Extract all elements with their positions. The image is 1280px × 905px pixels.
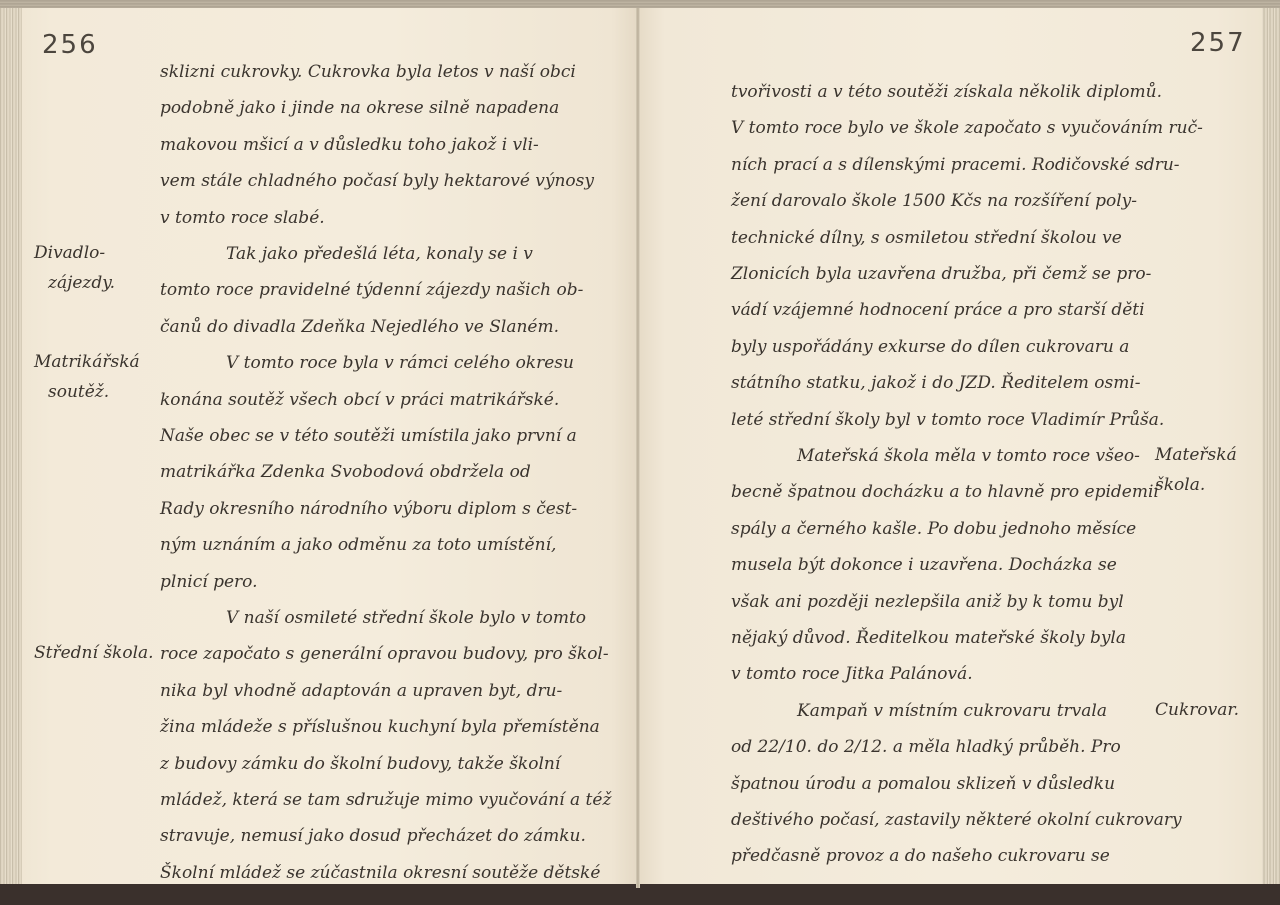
handwritten-line: tomto roce pravidelné týdenní zájezdy na… (160, 280, 583, 300)
handwritten-line: z budovy zámku do školní budovy, takže š… (160, 754, 560, 774)
page-stack-left-edge (0, 4, 22, 884)
margin-note: Divadlo-zájezdy. (34, 238, 115, 298)
handwritten-line: nějaký důvod. Ředitelkou mateřské školy … (731, 628, 1126, 648)
handwritten-line: předčasně provoz a do našeho cukrovaru s… (731, 846, 1110, 866)
handwritten-line: čanů do divadla Zdeňka Nejedlého ve Slan… (160, 317, 559, 337)
handwritten-line: Mateřská škola měla v tomto roce všeo- (797, 446, 1140, 466)
margin-note: Střední škola. (34, 638, 154, 668)
handwritten-line: tvořivosti a v této soutěži získala něko… (731, 82, 1162, 102)
handwritten-line: vem stále chladného počasí byly hektarov… (160, 171, 594, 191)
handwritten-line: žina mládeže s příslušnou kuchyní byla p… (160, 717, 600, 737)
margin-note: Matrikářskásoutěž. (34, 347, 140, 407)
open-book: 256 sklizni cukrovky. Cukrovka byla leto… (0, 0, 1280, 895)
handwritten-line: spály a černého kašle. Po dobu jednoho m… (731, 519, 1136, 539)
handwritten-line: ným uznáním a jako odměnu za toto umístě… (160, 535, 556, 555)
page-left: 256 sklizni cukrovky. Cukrovka byla leto… (0, 4, 637, 884)
handwritten-line: však ani později nezlepšila aniž by k to… (731, 592, 1124, 612)
book-top-edge (0, 0, 1280, 8)
handwritten-line: žení darovalo škole 1500 Kčs na rozšířen… (731, 191, 1137, 211)
handwritten-line: konána soutěž všech obcí v práci matriká… (160, 390, 559, 410)
page-stack-right-edge (1262, 4, 1280, 884)
margin-note: Cukrovar. (1155, 695, 1239, 725)
handwritten-line: státního statku, jakož i do JZD. Ředitel… (731, 373, 1141, 393)
handwritten-line: V naší osmileté střední škole bylo v tom… (226, 608, 586, 628)
handwritten-line: špatnou úrodu a pomalou sklizeň v důsled… (731, 774, 1115, 794)
handwritten-line: mládež, která se tam sdružuje mimo vyučo… (160, 790, 611, 810)
handwritten-line: byly uspořádány exkurse do dílen cukrova… (731, 337, 1129, 357)
handwritten-line: od 22/10. do 2/12. a měla hladký průběh.… (731, 737, 1121, 757)
handwritten-line: plnicí pero. (160, 572, 257, 592)
handwritten-line: roce započato s generální opravou budovy… (160, 644, 609, 664)
handwritten-line: Zlonicích byla uzavřena družba, při čemž… (731, 264, 1151, 284)
handwritten-line: V tomto roce byla v rámci celého okresu (226, 353, 574, 373)
handwritten-line: technické dílny, s osmiletou střední ško… (731, 228, 1122, 248)
page-number-right: 257 (1190, 28, 1246, 58)
book-gutter (636, 0, 640, 888)
handwritten-line: sklizni cukrovky. Cukrovka byla letos v … (160, 62, 576, 82)
page-right: 257 tvořivosti a v této soutěži získala … (639, 4, 1280, 884)
handwritten-line: Rady okresního národního výboru diplom s… (160, 499, 577, 519)
handwritten-line: Naše obec se v této soutěži umístila jak… (160, 426, 577, 446)
handwritten-line: vádí vzájemné hodnocení práce a pro star… (731, 300, 1145, 320)
handwritten-line: leté střední školy byl v tomto roce Vlad… (731, 410, 1164, 430)
background-surface (0, 884, 1280, 905)
handwritten-line: becně špatnou docházku a to hlavně pro e… (731, 482, 1159, 502)
handwritten-line: v tomto roce Jitka Palánová. (731, 664, 973, 684)
handwritten-line: deštivého počasí, zastavily některé okol… (731, 810, 1182, 830)
handwritten-line: musela být dokonce i uzavřena. Docházka … (731, 555, 1117, 575)
handwritten-line: makovou mšicí a v důsledku toho jakož i … (160, 135, 539, 155)
handwritten-line: V tomto roce bylo ve škole započato s vy… (731, 118, 1203, 138)
handwritten-line: nika byl vhodně adaptován a upraven byt,… (160, 681, 562, 701)
handwritten-line: stravuje, nemusí jako dosud přecházet do… (160, 826, 586, 846)
handwritten-line: podobně jako i jinde na okrese silně nap… (160, 98, 559, 118)
handwritten-line: v tomto roce slabé. (160, 208, 325, 228)
handwritten-line: Tak jako předešlá léta, konaly se i v (226, 244, 533, 264)
handwritten-line: ních prací a s dílenskými pracemi. Rodič… (731, 155, 1180, 175)
margin-note: Mateřskáškola. (1155, 440, 1237, 500)
handwritten-line: Kampaň v místním cukrovaru trvala (797, 701, 1107, 721)
handwritten-line: matrikářka Zdenka Svobodová obdržela od (160, 462, 531, 482)
page-number-left: 256 (42, 30, 98, 60)
handwritten-line: Školní mládež se zúčastnila okresní sout… (160, 863, 600, 883)
